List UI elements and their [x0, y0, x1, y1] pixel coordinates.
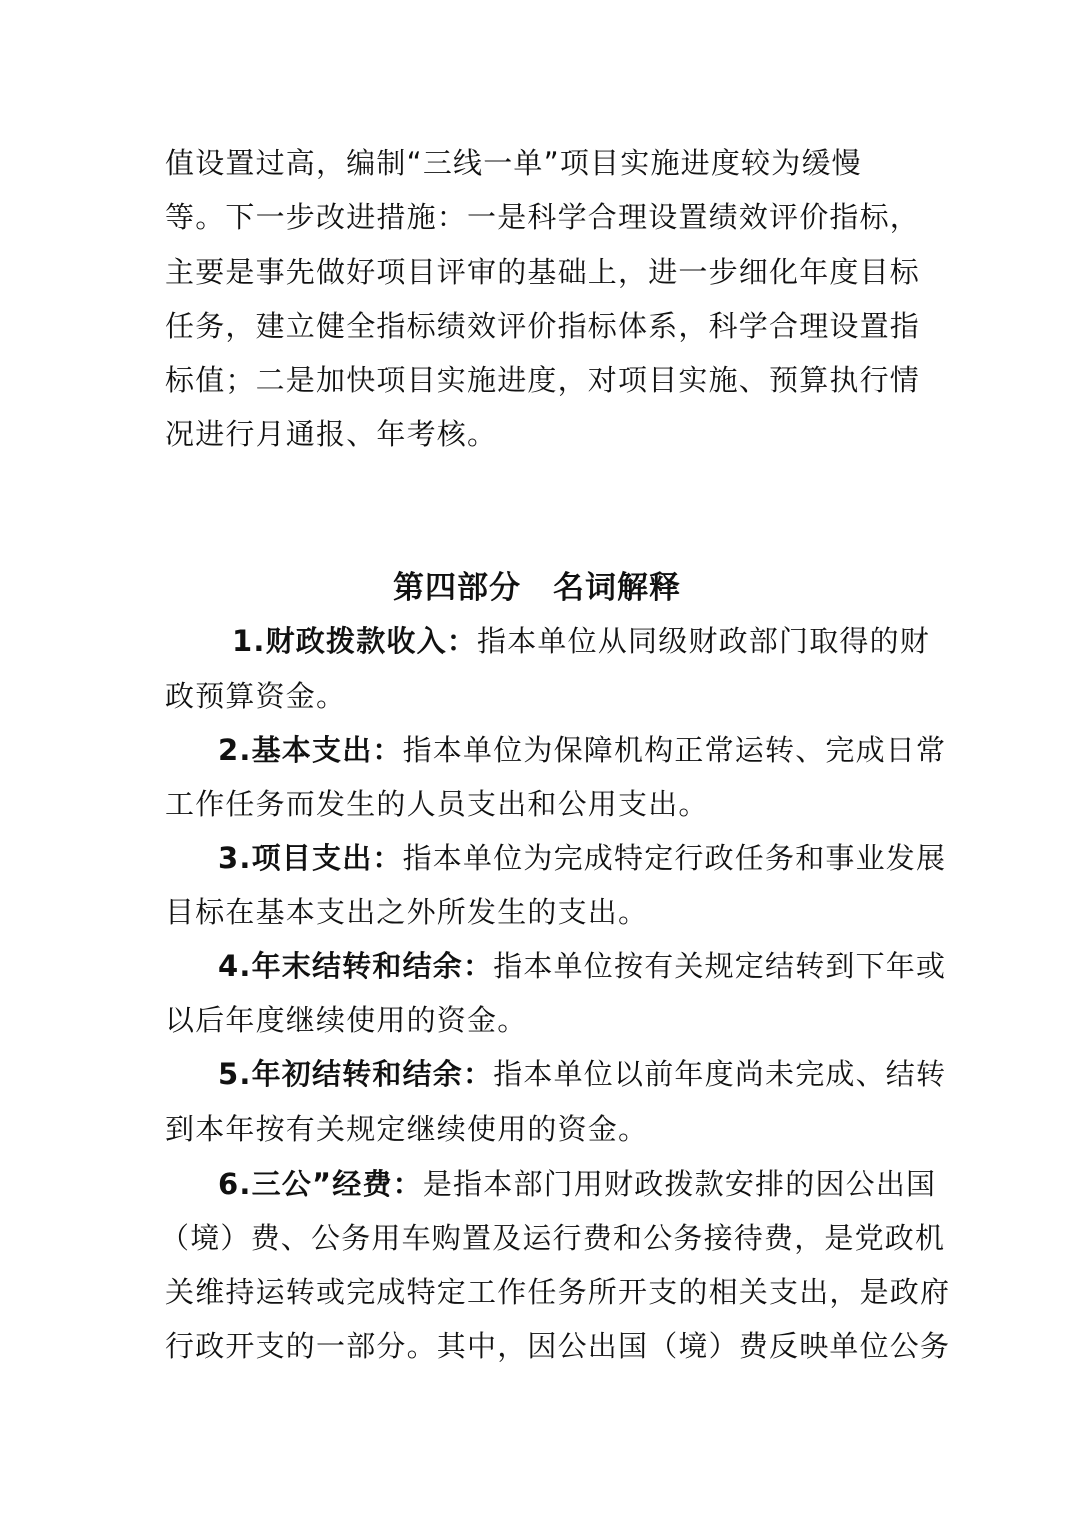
- section-heading: 第四部分 名词解释: [0, 568, 1074, 608]
- paragraph-line: 任务，建立健全指标绩效评价指标体系，科学合理设置指: [165, 306, 920, 346]
- definition-term: 3.项目支出：: [218, 841, 403, 875]
- definition-continuation: 行政开支的一部分。其中，因公出国（境）费反映单位公务: [165, 1326, 950, 1366]
- paragraph-line: 等。下一步改进措施：一是科学合理设置绩效评价指标，: [165, 197, 920, 237]
- definition-term: 5.年初结转和结余：: [218, 1057, 493, 1091]
- paragraph-line: 况进行月通报、年考核。: [165, 414, 497, 454]
- paragraph-line: 标值；二是加快项目实施进度，对项目实施、预算执行情: [165, 360, 920, 400]
- definition-entry-5: 5.年初结转和结余：指本单位以前年度尚未完成、结转: [218, 1054, 946, 1094]
- definition-entry-1: 1.财政拨款收入：指本单位从同级财政部门取得的财: [232, 621, 930, 661]
- definition-entry-6: 6.三公”经费：是指本部门用财政拨款安排的因公出国: [218, 1164, 936, 1204]
- paragraph-line: 值设置过高，编制“三线一单”项目实施进度较为缓慢: [165, 143, 862, 183]
- definition-term: 4.年末结转和结余：: [218, 949, 493, 983]
- definition-text: 指本单位以前年度尚未完成、结转: [493, 1057, 946, 1091]
- definition-text: 指本单位为完成特定行政任务和事业发展: [403, 841, 947, 875]
- definition-continuation: 到本年按有关规定继续使用的资金。: [165, 1109, 648, 1149]
- definition-continuation: 政预算资金。: [165, 676, 346, 716]
- definition-entry-2: 2.基本支出：指本单位为保障机构正常运转、完成日常: [218, 730, 946, 770]
- paragraph-line: 主要是事先做好项目评审的基础上，进一步细化年度目标: [165, 252, 920, 292]
- definition-text: 指本单位为保障机构正常运转、完成日常: [403, 733, 947, 767]
- definition-term: 6.三公”经费：: [218, 1167, 423, 1201]
- definition-term: 1.财政拨款收入：: [232, 624, 477, 658]
- definition-continuation: 关维持运转或完成特定工作任务所开支的相关支出，是政府: [165, 1272, 950, 1312]
- definition-entry-4: 4.年末结转和结余：指本单位按有关规定结转到下年或: [218, 946, 946, 986]
- definition-text: 指本单位从同级财政部门取得的财: [477, 624, 930, 658]
- definition-continuation: 以后年度继续使用的资金。: [165, 1000, 527, 1040]
- definition-continuation: 工作任务而发生的人员支出和公用支出。: [165, 784, 709, 824]
- definition-continuation: （境）费、公务用车购置及运行费和公务接待费，是党政机: [160, 1218, 945, 1258]
- definition-text: 指本单位按有关规定结转到下年或: [493, 949, 946, 983]
- definition-text: 是指本部门用财政拨款安排的因公出国: [423, 1167, 936, 1201]
- definition-entry-3: 3.项目支出：指本单位为完成特定行政任务和事业发展: [218, 838, 946, 878]
- definition-continuation: 目标在基本支出之外所发生的支出。: [165, 892, 648, 932]
- definition-term: 2.基本支出：: [218, 733, 403, 767]
